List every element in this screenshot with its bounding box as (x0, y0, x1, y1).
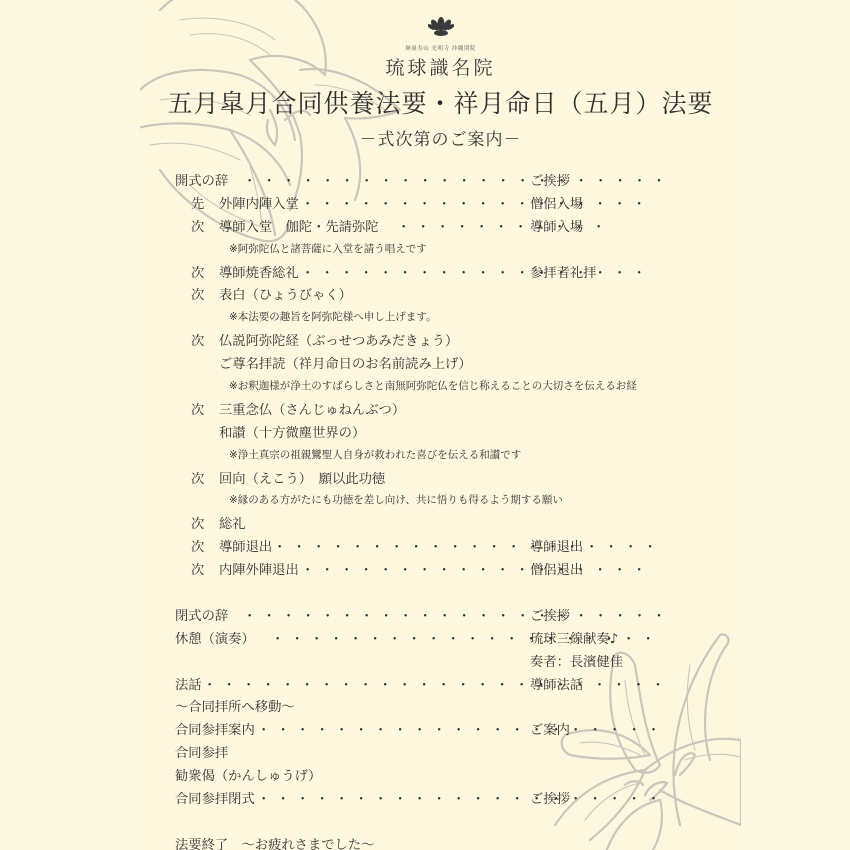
item-label: 合同参拝 (175, 743, 228, 766)
note-text: ※縁のある方がたにも功徳を差し向け、共に悟りも得るよう期する願い (229, 490, 563, 510)
page-title: 五月皐月合同供養法要・祥月命日（五月）法要 (140, 84, 741, 120)
leader-dots: ・・・・・・・・・・・・・・・・・・・・・・ (243, 606, 672, 629)
item-marker: 次 (191, 263, 204, 286)
leader-dots: ・・・・・・・・・・・・・・・・・・ (301, 560, 652, 583)
item-label: 仏説阿弥陀経（ぶっせつあみだきょう） (219, 331, 458, 354)
item-marker: 次 (191, 217, 204, 240)
leader-dots: ・・・・・・・・・・・・・・・・・・ (301, 194, 652, 217)
item-value: 琉球三線献奏♪ (530, 629, 618, 652)
program-item: 奏者：長濱健佳 (175, 652, 735, 675)
program-item: ご尊名拝読（祥月命日のお名前読み上げ） (175, 354, 735, 377)
program-item: 次 表白（ひょうびゃく） (175, 285, 735, 308)
closing-text: 法要終了 ～お疲れさまでした～ (175, 835, 374, 850)
item-value: ご挨拶 (530, 171, 570, 194)
item-note: ※浄土真宗の祖親鸞聖人自身が救われた喜びを伝える和讃です (175, 446, 735, 469)
item-label: 導師焼香総礼 (219, 263, 299, 286)
leader-dots: ・・・・・・・・・・・・・・・・・・・・ (273, 537, 663, 560)
page-subtitle: －式次第のご案内－ (140, 125, 741, 150)
item-marker: 先 (191, 194, 204, 217)
program-item: 次 内陣外陣退出 ・・・・・・・・・・・・・・・・・・ 僧侶退出 (175, 560, 735, 583)
program-item: 次 三重念仏（さんじゅねんぶつ） (175, 400, 735, 423)
program-item: 法話 ・・・・・・・・・・・・・・・・・・・・・・・・ 導師法話 (175, 675, 735, 698)
program-item: 和讃（十方微塵世界の） (175, 423, 735, 446)
item-marker: 次 (191, 400, 204, 423)
item-marker: 次 (191, 514, 204, 537)
item-value: 参拝者礼拝 (530, 263, 596, 286)
item-marker: 次 (191, 537, 204, 560)
item-label: ご尊名拝読（祥月命日のお名前読み上げ） (219, 354, 472, 377)
item-label: 閉式の辞 (175, 606, 228, 629)
leader-dots: ・・・・・・・・・・・・・・・・・・・・・ (257, 789, 666, 812)
program-item: 勧衆偈（かんしゅうげ） (175, 766, 735, 789)
spacer (175, 812, 735, 835)
program-item: 合同参拝案内 ・・・・・・・・・・・・・・・・・・・・・ ご案内 (175, 720, 735, 743)
item-label: 開式の辞 (175, 171, 228, 194)
item-note: ※縁のある方がたにも功徳を差し向け、共に悟りも得るよう期する願い (175, 491, 735, 514)
item-label: 外陣内陣入堂 (219, 194, 299, 217)
leader-dots: ・・・・・・・・・・・・・・・・・・・・・・・・ (203, 675, 671, 698)
item-value: ご案内 (530, 720, 570, 743)
item-marker: 次 (191, 285, 204, 308)
program-item: 開式の辞 ・・・・・・・・・・・・・・・・・・・・・・ ご挨拶 (175, 171, 735, 194)
item-value: ご挨拶 (530, 606, 570, 629)
item-value: 僧侶入場 (530, 194, 583, 217)
note-text: ※浄土真宗の祖親鸞聖人自身が救われた喜びを伝える和讃です (229, 445, 521, 465)
leader-dots: ・・・・・・・・・・・・・・・・・・・・・ (257, 720, 666, 743)
program-list: 開式の辞 ・・・・・・・・・・・・・・・・・・・・・・ ご挨拶 先 外陣内陣入堂… (175, 171, 735, 850)
item-label: 勧衆偈（かんしゅうげ） (175, 766, 321, 789)
item-label: 合同参拝閉式 (175, 789, 255, 812)
program-item: 次 総礼 (175, 514, 735, 537)
item-label: 表白（ひょうびゃく） (219, 285, 352, 308)
item-value: 導師入場 (530, 217, 583, 240)
org-name: 琉球識名院 (140, 53, 741, 80)
performer-name: 奏者：長濱健佳 (530, 652, 623, 675)
header: 無量寿山 光明寺 沖縄別院 琉球識名院 (140, 12, 741, 80)
item-marker: 次 (191, 469, 204, 492)
program-item: 先 外陣内陣入堂 ・・・・・・・・・・・・・・・・・・ 僧侶入場 (175, 194, 735, 217)
item-label: 法話 (175, 675, 202, 698)
item-label: 三重念仏（さんじゅねんぶつ） (219, 400, 405, 423)
item-label: 内陣外陣退出 (219, 560, 299, 583)
item-marker: 次 (191, 331, 204, 354)
note-text: ※本法要の趣旨を阿弥陀様へ申し上げます。 (229, 307, 436, 327)
spacer (175, 583, 735, 606)
item-value: 導師法話 (530, 675, 583, 698)
closing-line: 法要終了 ～お疲れさまでした～ (175, 835, 735, 850)
note-text: ※お釈迦様が浄土のすばらしさと南無阿弥陀仏を信じ称えることの大切さを伝えるお経 (229, 376, 637, 396)
item-label: 総礼 (219, 514, 246, 537)
program-item: 次 導師入堂 伽陀・先請弥陀 ・・・・・・・・・・・ 導師入場 (175, 217, 735, 240)
program-sheet: 無量寿山 光明寺 沖縄別院 琉球識名院 五月皐月合同供養法要・祥月命日（五月）法… (140, 0, 741, 850)
note-text: ※阿弥陀仏と諸菩薩に入堂を請う唱えです (229, 239, 427, 259)
item-label: 導師入堂 伽陀・先請弥陀 (219, 217, 379, 240)
program-item: 合同参拝閉式 ・・・・・・・・・・・・・・・・・・・・・ ご挨拶 (175, 789, 735, 812)
item-label: 休憩（演奏） (175, 629, 255, 652)
item-value: 僧侶退出 (530, 560, 583, 583)
leader-dots: ・・・・・・・・・・・・・・・・・・・・・・ (243, 171, 672, 194)
item-note: ※本法要の趣旨を阿弥陀様へ申し上げます。 (175, 308, 735, 331)
item-label: 回向（えこう） 願以此功徳 (219, 469, 385, 492)
program-item: 次 回向（えこう） 願以此功徳 (175, 469, 735, 492)
item-note: ※お釈迦様が浄土のすばらしさと南無阿弥陀仏を信じ称えることの大切さを伝えるお経 (175, 377, 735, 400)
program-item: 合同参拝 (175, 743, 735, 766)
item-value: ご挨拶 (530, 789, 570, 812)
program-item: 次 仏説阿弥陀経（ぶっせつあみだきょう） (175, 331, 735, 354)
item-label: 和讃（十方微塵世界の） (219, 423, 365, 446)
item-label: 導師退出 (219, 537, 272, 560)
program-item: 次 導師退出 ・・・・・・・・・・・・・・・・・・・・ 導師退出 (175, 537, 735, 560)
item-label: 合同参拝案内 (175, 720, 255, 743)
item-value: 導師退出 (530, 537, 583, 560)
program-item: 次 導師焼香総礼 ・・・・・・・・・・・・・・・・・・ 参拝者礼拝 (175, 263, 735, 286)
program-item: ～合同拝所へ移動～ (175, 697, 735, 720)
program-item: 休憩（演奏） ・・・・・・・・・・・・・・・・・・・・ 琉球三線献奏♪ (175, 629, 735, 652)
org-subtitle: 無量寿山 光明寺 沖縄別院 (140, 44, 741, 52)
item-label: ～合同拝所へ移動～ (175, 697, 295, 720)
program-item: 閉式の辞 ・・・・・・・・・・・・・・・・・・・・・・ ご挨拶 (175, 606, 735, 629)
item-note: ※阿弥陀仏と諸菩薩に入堂を請う唱えです (175, 240, 735, 263)
lotus-icon (428, 12, 454, 38)
leader-dots: ・・・・・・・・・・・・・・・・・・ (301, 263, 652, 286)
item-marker: 次 (191, 560, 204, 583)
